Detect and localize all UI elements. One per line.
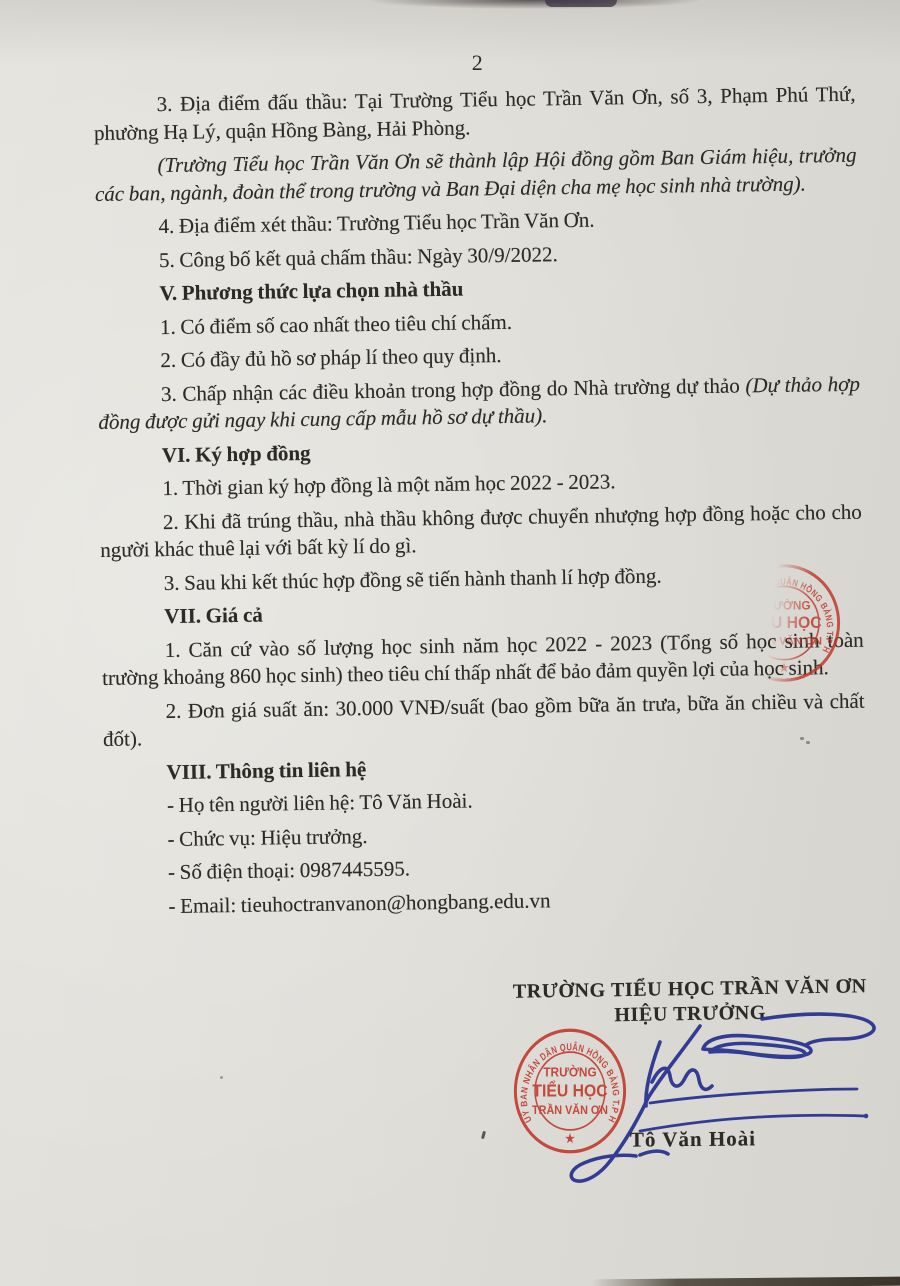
ink-speck [481,1131,486,1140]
vi-item-2: 2. Khi đã trúng thầu, nhà thầu không đượ… [100,498,863,564]
text-run: 2. Đơn giá suất ăn: 30.000 VNĐ/suất (bao… [103,688,865,751]
text-run: - Họ tên người liên hệ: Tô Văn Hoài. [167,789,473,818]
document-body: 3. Địa điểm đấu thầu: Tại Trường Tiểu họ… [93,81,867,927]
section-heading-vi: VI. Ký hợp đồng [99,431,861,470]
text-run: - Email: tieuhoctranvanon@hongbang.edu.v… [168,888,550,918]
vi-item-1: 1. Thời gian ký hợp đồng là một năm học … [99,465,861,504]
text-run: - Số điện thoại: 0987445595. [168,856,410,884]
handwritten-signature [540,1005,900,1200]
text-run: - Chức vụ: Hiệu trưởng. [167,824,367,851]
item-5-result-announcement: 5. Công bố kết quả chấm thầu: Ngày 30/9/… [96,236,858,275]
text-run: VII. Giá cả [164,603,263,628]
v-item-1: 1. Có điểm số cao nhất theo tiêu chí chấ… [97,303,859,342]
text-run: 1. Thời gian ký hợp đồng là một năm học … [162,469,616,500]
signature-line-upper [650,1089,857,1103]
stamp-center-line3: TRẦN VĂN ƠN [746,634,822,647]
v-item-2: 2. Có đầy đủ hồ sơ pháp lí theo quy định… [97,337,859,376]
contact-name: - Họ tên người liên hệ: Tô Văn Hoài. [104,782,866,821]
text-run: (Trường Tiểu học Trần Văn Ơn sẽ thành lậ… [95,143,857,206]
ink-speck [806,741,810,744]
note-council: (Trường Tiểu học Trần Văn Ơn sẽ thành lậ… [94,142,857,208]
signature-ink-dot [864,1114,869,1119]
section-heading-viii: VIII. Thông tin liên hệ [103,748,865,787]
text-run: 3. Địa điểm đấu thầu: Tại Trường Tiểu họ… [94,82,856,145]
signer-name: Tô Văn Hoài [510,1125,876,1154]
ink-speck [800,737,804,740]
scan-edge-top-notch [545,0,617,7]
document-content: 2 3. Địa điểm đấu thầu: Tại Trường Tiểu … [0,0,900,1286]
contact-email: - Email: tieuhoctranvanon@hongbang.edu.v… [105,882,867,921]
scan-edge-top-shadow [370,0,700,9]
text-run: 3. Chấp nhận các điều khoản trong hợp đồ… [161,373,746,406]
stamp-center-line1: TRƯỜNG [757,597,810,612]
stamp-star: ★ [779,662,789,674]
v-item-3: 3. Chấp nhận các điều khoản trong hợp đồ… [98,370,861,436]
contact-phone: - Số điện thoại: 0987445595. [105,849,867,888]
signature-strokes [571,1014,874,1181]
text-run: VI. Ký hợp đồng [162,440,311,466]
text-run: 1. Có điểm số cao nhất theo tiêu chí chấ… [160,309,512,338]
text-run: 2. Có đầy đủ hồ sơ pháp lí theo quy định… [160,343,501,372]
item-3-location-bidding: 3. Địa điểm đấu thầu: Tại Trường Tiểu họ… [93,81,856,147]
text-run: 4. Địa điểm xét thầu: Trường Tiểu học Tr… [158,208,594,238]
item-4-location-review: 4. Địa điểm xét thầu: Trường Tiểu học Tr… [95,203,857,242]
text-run: V. Phương thức lựa chọn nhà thầu [159,277,463,306]
scan-edge-bottom-band [590,1277,900,1286]
text-run: 3. Sau khi kết thúc hợp đồng sẽ tiến hàn… [164,563,662,594]
scanned-document-page: 2 3. Địa điểm đấu thầu: Tại Trường Tiểu … [0,0,900,1286]
text-run: 2. Khi đã trúng thầu, nhà thầu không đượ… [100,499,862,562]
stamp-center-line2: TIỂU HỌC [746,613,822,632]
vii-item-2: 2. Đơn giá suất ăn: 30.000 VNĐ/suất (bao… [102,687,865,753]
section-heading-v: V. Phương thức lựa chọn nhà thầu [96,270,858,309]
signature-descender [571,1026,700,1181]
partial-round-stamp: UỶ BAN NHÂN DÂN QUẬN HỒNG BÀNG T.P HẢI P… [722,558,846,688]
contact-title: - Chức vụ: Hiệu trưởng. [104,815,866,854]
ink-speck [220,1076,223,1079]
page-number: 2 [420,50,535,76]
text-run: VIII. Thông tin liên hệ [166,757,366,784]
text-run: 5. Công bố kết quả chấm thầu: Ngày 30/9/… [159,242,558,272]
